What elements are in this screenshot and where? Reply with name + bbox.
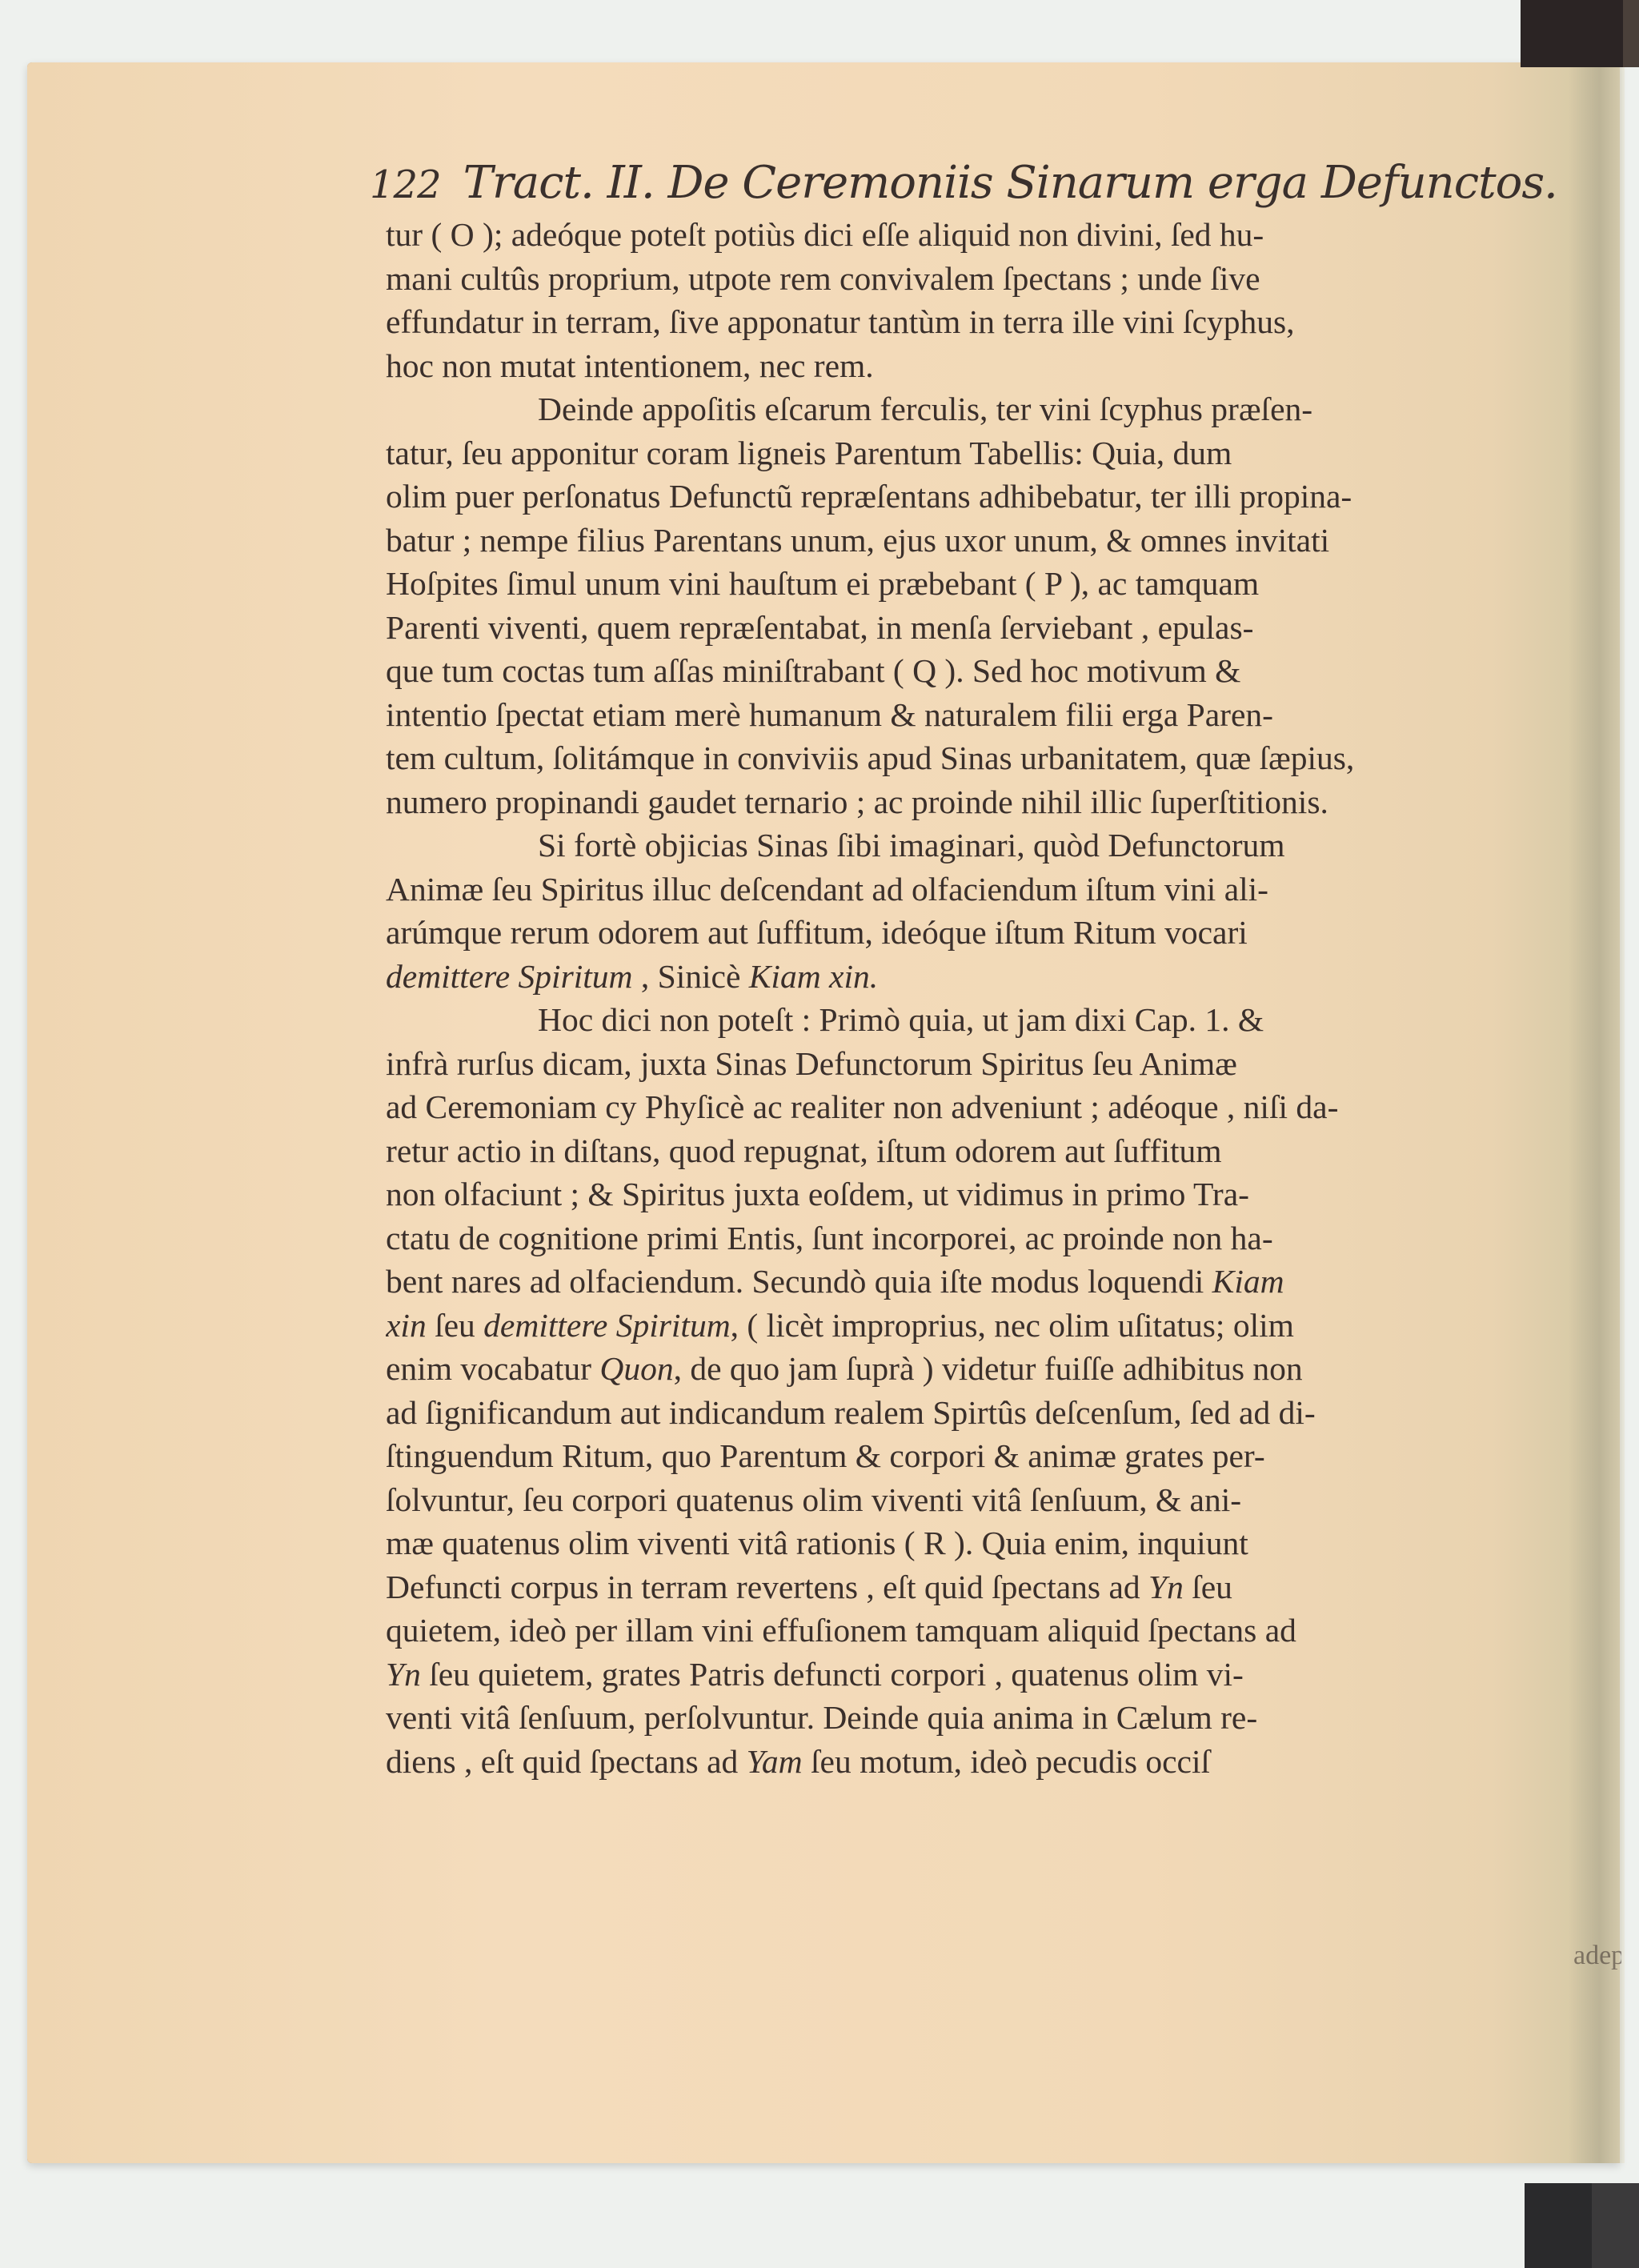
text-span: ſeu [1184, 1569, 1232, 1605]
text-span: ſeu quietem, grates Patris defuncti corp… [421, 1656, 1244, 1693]
italic-text: xin [386, 1307, 427, 1344]
page-number: 122 [370, 162, 441, 207]
text-line: Si fortè objicias Sinas ſibi imaginari, … [386, 823, 1626, 868]
text-line: batur ; nempe filius Parentans unum, eju… [386, 519, 1626, 563]
text-line: Parenti viventi, quem repræſentabat, in … [386, 606, 1626, 650]
text-line: enim vocabatur Quon, de quo jam ſuprà ) … [386, 1347, 1626, 1391]
text-line: Hoc dici non poteſt : Primò quia, ut jam… [386, 998, 1626, 1042]
text-line: Deinde appoſitis eſcarum ferculis, ter v… [386, 387, 1626, 431]
text-span: Defuncti corpus in terram revertens , eſ… [386, 1569, 1148, 1605]
text-line: effundatur in terram, ſive apponatur tan… [386, 300, 1626, 344]
text-span: , de quo jam ſuprà ) videtur fuiſſe adhi… [674, 1350, 1303, 1387]
text-line: ctatu de cognitione primi Entis, ſunt in… [386, 1216, 1626, 1260]
italic-text: Kiam [1212, 1263, 1284, 1300]
text-line: quietem, ideò per illam vini effuſionem … [386, 1609, 1626, 1653]
text-span: , Sinicè [633, 958, 749, 995]
page-clip-top [1521, 0, 1639, 67]
text-span: , ( licèt improprius, nec olim uſitatus;… [731, 1307, 1294, 1344]
italic-text: demittere Spiritum [483, 1307, 731, 1344]
text-line: non olfaciunt ; & Spiritus juxta eoſdem,… [386, 1172, 1626, 1216]
text-line: demittere Spiritum , Sinicè Kiam xin. [386, 955, 1626, 999]
body-text: tur ( O ); adeóque poteſt potiùs dici eſ… [386, 213, 1626, 1783]
text-line: ſolvuntur, ſeu corpori quatenus olim viv… [386, 1478, 1626, 1522]
text-line: mæ quatenus olim viventi vitâ rationis (… [386, 1521, 1626, 1565]
text-line: venti vitâ ſenſuum, perſolvuntur. Deinde… [386, 1696, 1626, 1740]
text-line: bent nares ad olfaciendum. Secundò quia … [386, 1260, 1626, 1304]
text-span: enim vocabatur [386, 1350, 599, 1387]
italic-text: demittere Spiritum [386, 958, 633, 995]
text-span: diens , eſt quid ſpectans ad [386, 1743, 747, 1780]
page-clip-bottom [1525, 2183, 1639, 2268]
text-line: arúmque rerum odorem aut ſuffitum, ideóq… [386, 911, 1626, 955]
text-line: ad Ceremoniam cy Phyſicè ac realiter non… [386, 1085, 1626, 1129]
italic-text: Yn [1148, 1569, 1184, 1605]
text-span: bent nares ad olfaciendum. Secundò quia … [386, 1263, 1212, 1300]
italic-text: Yn [386, 1656, 421, 1693]
text-line: que tum coctas tum aſſas miniſtrabant ( … [386, 649, 1626, 693]
text-line: retur actio in diſtans, quod repugnat, i… [386, 1129, 1626, 1173]
italic-text: Yam [747, 1743, 803, 1780]
running-head-title: Tract. II. De Ceremoniis Sinarum erga De… [463, 157, 1557, 209]
text-line: intentio ſpectat etiam merè humanum & na… [386, 693, 1626, 737]
text-line: tatur, ſeu apponitur coram ligneis Paren… [386, 431, 1626, 475]
text-line: tur ( O ); adeóque poteſt potiùs dici eſ… [386, 213, 1626, 257]
text-line: ſtinguendum Ritum, quo Parentum & corpor… [386, 1434, 1626, 1478]
text-span: ſeu [427, 1307, 483, 1344]
text-line: infrà rurſus dicam, juxta Sinas Defuncto… [386, 1042, 1626, 1086]
text-line: xin ſeu demittere Spiritum, ( licèt impr… [386, 1304, 1626, 1348]
text-line: numero propinandi gaudet ternario ; ac p… [386, 780, 1626, 824]
text-line: hoc non mutat intentionem, nec rem. [386, 344, 1626, 388]
text-line: olim puer perſonatus Defunctũ repræſenta… [386, 475, 1626, 519]
bleed-through-text: adeptə [1573, 1941, 1621, 1971]
text-line: diens , eſt quid ſpectans ad Yam ſeu mot… [386, 1740, 1626, 1784]
running-head: 122Tract. II. De Ceremoniis Sinarum erga… [370, 157, 1634, 209]
text-span: ſeu motum, ideò pecudis occiſ [803, 1743, 1210, 1780]
text-line: Defuncti corpus in terram revertens , eſ… [386, 1565, 1626, 1609]
text-line: mani cultûs proprium, utpote rem conviva… [386, 257, 1626, 301]
text-line: Animæ ſeu Spiritus illuc deſcendant ad o… [386, 868, 1626, 912]
text-line: Yn ſeu quietem, grates Patris defuncti c… [386, 1653, 1626, 1697]
italic-text: Kiam xin. [749, 958, 878, 995]
text-line: tem cultum, ſolitámque in conviviis apud… [386, 736, 1626, 780]
text-line: ad ſignificandum aut indicandum realem S… [386, 1391, 1626, 1435]
italic-text: Quon [599, 1350, 673, 1387]
text-line: Hoſpites ſimul unum vini hauſtum ei præb… [386, 562, 1626, 606]
